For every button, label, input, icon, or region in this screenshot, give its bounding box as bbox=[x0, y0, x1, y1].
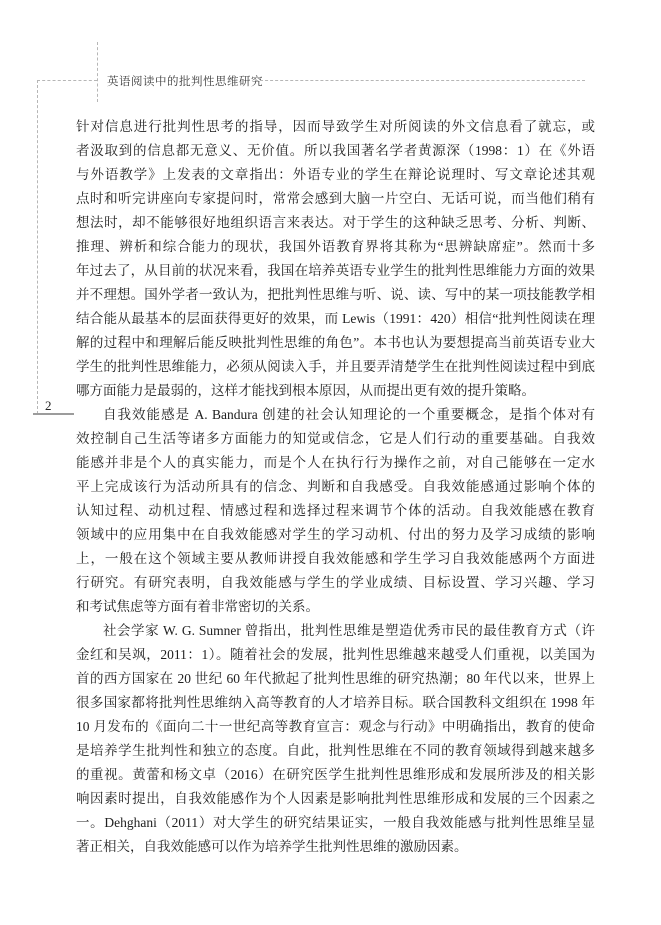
text-line: 结合能从最基本的层面获得更好的效果，而 Lewis（1991：420）相信“批判… bbox=[76, 307, 595, 331]
text-line: 社会学家 W. G. Sumner 曾指出，批判性思维是塑造优秀市民的最佳教育方… bbox=[76, 619, 595, 643]
text-line: 想法时，却不能够很好地组织语言来表达。对于学生的这种缺乏思考、分析、判断、 bbox=[76, 211, 595, 235]
header-corner-dashed-line bbox=[97, 42, 98, 102]
text-line: 10 月发布的《面向二十一世纪高等教育宣言：观念与行动》中明确指出，教育的使命 bbox=[76, 715, 595, 739]
text-line: 者汲取到的信息都无意义、无价值。所以我国著名学者黄源深（1998：1）在《外语 bbox=[76, 139, 595, 163]
running-header-title: 英语阅读中的批判性思维研究 bbox=[107, 73, 263, 89]
text-line: 很多国家都将批判性思维纳入高等教育的人才培养目标。联合国教科文组织在 1998 … bbox=[76, 691, 595, 715]
text-line: 响因素时提出，自我效能感作为个人因素是影响批判性思维形成和发展的三个因素之 bbox=[76, 787, 595, 811]
text-line: 年过去了，从目前的状况来看，我国在培养英语专业学生的批判性思维能力方面的效果 bbox=[76, 259, 595, 283]
text-line: 点时和听完讲座向专家提问时，常常会感到大脑一片空白、无话可说，而当他们稍有 bbox=[76, 187, 595, 211]
text-line: 推理、辨析和综合能力的现状，我国外语教育界将其称为“思辨缺席症”。然而十多 bbox=[76, 235, 595, 259]
text-line: 自我效能感是 A. Bandura 创建的社会认知理论的一个重要概念，是指个体对… bbox=[76, 403, 595, 427]
text-line: 一。Dehghani（2011）对大学生的研究结果证实，一般自我效能感与批判性思… bbox=[76, 811, 595, 835]
text-line: 行研究。有研究表明，自我效能感与学生的学业成绩、目标设置、学习兴趣、学习 bbox=[76, 571, 595, 595]
text-line: 认知过程、动机过程、情感过程和选择过程来调节个体的活动。自我效能感在教育 bbox=[76, 499, 595, 523]
text-line: 上，一般在这个领域主要从教师讲授自我效能感和学生学习自我效能感两个方面进 bbox=[76, 547, 595, 571]
text-line: 效控制自己生活等诸多方面能力的知觉或信念，它是人们行动的重要基础。自我效 bbox=[76, 427, 595, 451]
text-line: 首的西方国家在 20 世纪 60 年代掀起了批判性思维的研究热潮；80 年代以来… bbox=[76, 667, 595, 691]
text-line: 平上完成该行为活动所具有的信念、判断和自我感受。自我效能感通过影响个体的 bbox=[76, 475, 595, 499]
text-line: 是培养学生批判性和独立的态度。自此，批判性思维在不同的教育领域得到越来越多 bbox=[76, 739, 595, 763]
text-line: 著正相关，自我效能感可以作为培养学生批判性思维的激励因素。 bbox=[76, 835, 595, 859]
text-line: 针对信息进行批判性思考的指导，因而导致学生对所阅读的外文信息看了就忘，或 bbox=[76, 115, 595, 139]
header-dashed-line-left bbox=[37, 80, 97, 81]
text-line: 的重视。黄蕾和杨文卓（2016）在研究医学生批判性思维形成和发展所涉及的相关影 bbox=[76, 763, 595, 787]
text-line: 金红和吴飒，2011：1）。随着社会的发展，批判性思维越来越受人们重视，以美国为 bbox=[76, 643, 595, 667]
header-dashed-line-right bbox=[255, 80, 585, 81]
left-margin-dashed-line bbox=[37, 80, 38, 414]
text-line: 解的过程中和理解后能反映批判性思维的角色”。本书也认为要想提高当前英语专业大 bbox=[76, 331, 595, 355]
text-line: 学生的批判性思维能力，必须从阅读入手，并且要弄清楚学生在批判性阅读过程中到底 bbox=[76, 355, 595, 379]
body-text: 针对信息进行批判性思考的指导，因而导致学生对所阅读的外文信息看了就忘，或者汲取到… bbox=[76, 115, 595, 859]
text-line: 哪方面能力是最弱的，这样才能找到根本原因，从而提出更有效的提升策略。 bbox=[76, 379, 595, 403]
text-line: 与外语教学》上发表的文章指出：外语专业的学生在辩论说理时、写文章论述其观 bbox=[76, 163, 595, 187]
text-line: 能感并非是个人的真实能力，而是个人在执行行为操作之前，对自己能够在一定水 bbox=[76, 451, 595, 475]
text-line: 领域中的应用集中在自我效能感对学生的学习动机、付出的努力及学习成绩的影响 bbox=[76, 523, 595, 547]
page-number-rule bbox=[33, 413, 74, 415]
book-page: 英语阅读中的批判性思维研究 2 针对信息进行批判性思考的指导，因而导致学生对所阅… bbox=[0, 0, 661, 925]
text-line: 和考试焦虑等方面有着非常密切的关系。 bbox=[76, 595, 595, 619]
text-line: 并不理想。国外学者一致认为，把批判性思维与听、说、读、写中的某一项技能教学相 bbox=[76, 283, 595, 307]
page-number: 2 bbox=[45, 398, 52, 414]
